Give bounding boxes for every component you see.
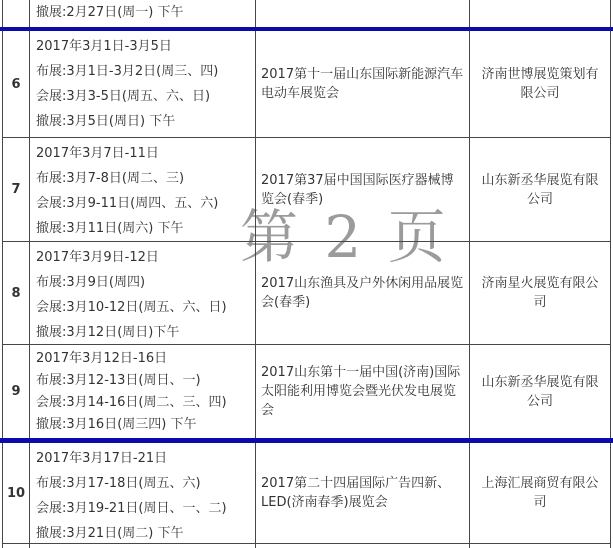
exhibition-name: 2017山东渔具及户外休闲用品展览会(春季) [261,274,465,312]
table-row-partial-top: 撤展:2月27日(周一) 下午 [2,0,611,27]
row-number-cell: 10 [2,443,30,543]
date-line: 会展:3月9-11日(周四、五、六) [36,191,255,216]
dates-cell: 2017年3月17日-21日 布展:3月17-18日(周五、六) 会展:3月19… [30,443,256,543]
exhibition-name: 2017山东第十一届中国(济南)国际太阳能利用博览会暨光伏发电展览会 [261,363,465,420]
section-divider [0,438,613,443]
row-number-cell: 7 [2,138,30,241]
dates-cell: 2017年3月9日-12日 布展:3月9日(周四) 会展:3月10-12日(周五… [30,242,256,344]
row-number: 7 [11,182,20,197]
section-divider [0,27,613,31]
table-row: 8 2017年3月9日-12日 布展:3月9日(周四) 会展:3月10-12日(… [2,242,611,345]
table-row: 9 2017年3月12日-16日 布展:3月12-13日(周日、一) 会展:3月… [2,345,611,438]
table-row-partial-bottom [2,544,611,548]
exhibition-cell: 2017第二十四届国际广告四新、LED(济南春季)展览会 [256,443,470,543]
row-number-cell: 6 [2,31,30,137]
date-line: 布展:3月12-13日(周日、一) [36,370,255,392]
exhibition-cell: 2017山东第十一届中国(济南)国际太阳能利用博览会暨光伏发电展览会 [256,345,470,438]
table-row: 10 2017年3月17日-21日 布展:3月17-18日(周五、六) 会展:3… [2,443,611,544]
date-line: 2017年3月9日-12日 [36,245,255,270]
row-number: 8 [11,286,20,301]
table-row: 6 2017年3月1日-3月5日 布展:3月1日-3月2日(周三、四) 会展:3… [2,31,611,138]
date-line: 撤展:3月16日(周三四) 下午 [36,414,255,436]
date-line: 会展:3月3-5日(周五、六、日) [36,84,255,109]
row-number-cell [2,544,30,548]
date-line: 撤展:2月27日(周一) 下午 [36,0,255,26]
date-line: 会展:3月10-12日(周五、六、日) [36,295,255,320]
exhibition-name: 2017第二十四届国际广告四新、LED(济南春季)展览会 [261,474,465,512]
dates-cell: 撤展:2月27日(周一) 下午 [30,0,256,27]
date-line: 2017年3月17日-21日 [36,446,255,471]
row-number-cell [2,0,30,27]
date-line: 2017年3月7日-11日 [36,141,255,166]
company-name: 山东新丞华展览有限公司 [476,171,604,209]
company-cell: 济南星火展览有限公司 [470,242,611,344]
row-number: 10 [7,486,25,501]
date-line: 2017年3月1日-3月5日 [36,34,255,59]
date-line: 布展:3月1日-3月2日(周三、四) [36,59,255,84]
company-cell: 山东新丞华展览有限公司 [470,138,611,241]
company-cell: 山东新丞华展览有限公司 [470,345,611,438]
company-cell: 上海汇展商贸有限公司 [470,443,611,543]
exhibition-cell: 2017第十一届山东国际新能源汽车电动车展览会 [256,31,470,137]
date-line: 撤展:3月21日(周二) 下午 [36,521,255,543]
date-line: 布展:3月7-8日(周二、三) [36,166,255,191]
dates-cell: 2017年3月12日-16日 布展:3月12-13日(周日、一) 会展:3月14… [30,345,256,438]
date-line: 2017年3月12日-16日 [36,348,255,370]
exhibition-cell [256,544,470,548]
exhibition-schedule-table: 撤展:2月27日(周一) 下午 6 2017年3月1日-3月5日 布展:3月1日… [2,0,611,548]
exhibition-cell: 2017山东渔具及户外休闲用品展览会(春季) [256,242,470,344]
company-name: 山东新丞华展览有限公司 [476,373,604,411]
dates-cell [30,544,256,548]
date-line: 会展:3月19-21日(周日、一、二) [36,496,255,521]
row-number: 6 [11,77,20,92]
date-line: 布展:3月17-18日(周五、六) [36,471,255,496]
date-line: 撤展:3月5日(周日) 下午 [36,109,255,134]
date-line: 撤展:3月11日(周六) 下午 [36,216,255,241]
exhibition-name: 2017第37届中国国际医疗器械博览会(春季) [261,171,465,209]
table-row: 7 2017年3月7日-11日 布展:3月7-8日(周二、三) 会展:3月9-1… [2,138,611,242]
company-cell [470,544,611,548]
exhibition-cell [256,0,470,27]
dates-cell: 2017年3月1日-3月5日 布展:3月1日-3月2日(周三、四) 会展:3月3… [30,31,256,137]
company-cell [470,0,611,27]
row-number-cell: 8 [2,242,30,344]
exhibition-cell: 2017第37届中国国际医疗器械博览会(春季) [256,138,470,241]
row-number: 9 [11,384,20,399]
document-page: 第 2 页 撤展:2月27日(周一) 下午 6 2017年3月1日-3月5日 布… [0,0,613,548]
row-number-cell: 9 [2,345,30,438]
company-name: 上海汇展商贸有限公司 [476,474,604,512]
company-name: 济南星火展览有限公司 [476,274,604,312]
date-line: 布展:3月9日(周四) [36,270,255,295]
dates-cell: 2017年3月7日-11日 布展:3月7-8日(周二、三) 会展:3月9-11日… [30,138,256,241]
company-name: 济南世博展览策划有限公司 [476,65,604,103]
date-line: 撤展:3月12日(周日)下午 [36,320,255,344]
exhibition-name: 2017第十一届山东国际新能源汽车电动车展览会 [261,65,465,103]
company-cell: 济南世博展览策划有限公司 [470,31,611,137]
date-line: 会展:3月14-16日(周二、三、四) [36,392,255,414]
